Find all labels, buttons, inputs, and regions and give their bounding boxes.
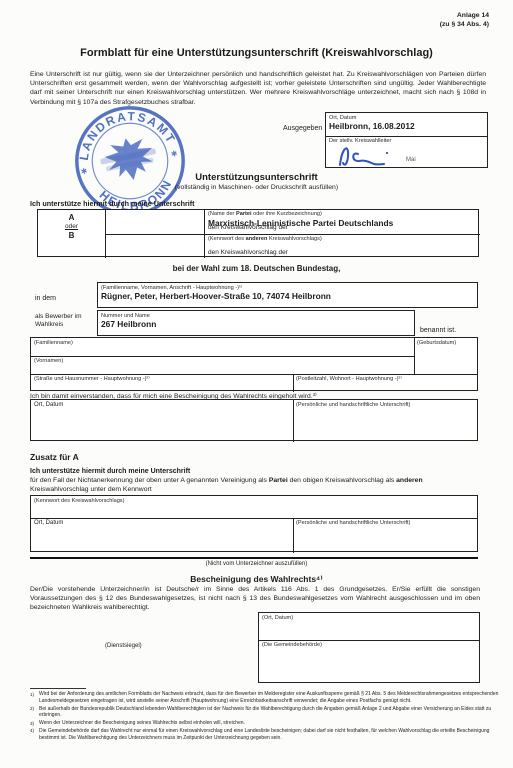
footnote-rule <box>30 688 86 689</box>
footnote-marker: 2) <box>30 706 39 720</box>
place-date-label: Ort, Datum <box>34 402 63 408</box>
seal-label: (Dienstsiegel) <box>105 643 142 649</box>
candidate-name-label: (Familienname, Vornamen, Anschrift - Hau… <box>101 285 242 291</box>
party-name-label-post: oder ihre Kurzbezeichnung) <box>252 211 322 217</box>
scanned-form-page: Anlage 14 (zu § 34 Abs. 4) Formblatt für… <box>0 0 513 768</box>
street-label: (Straße und Hausnummer - Hauptwohnung -)… <box>34 376 150 382</box>
zusatz-text-post: Kreiswahlvorschlag unter dem Kennwort <box>30 486 152 493</box>
footnote-item: 1) Wird bei der Anforderung des amtliche… <box>30 691 500 705</box>
officer-name: Mai <box>406 157 416 163</box>
footnote-item: 3) Wenn der Unterzeichner die Bescheinig… <box>30 720 500 727</box>
table-line <box>293 374 294 392</box>
authority-place-date-label: (Ort, Datum) <box>262 615 293 621</box>
option-or: oder <box>38 223 105 231</box>
footnote-text: Wenn der Unterzeichner die Bescheinigung… <box>39 720 245 727</box>
issued-label: Ausgegeben <box>283 124 322 133</box>
city-label: (Postleitzahl, Wohnort - Hauptwohnung -)… <box>296 376 402 382</box>
annex-reference: Anlage 14 (zu § 34 Abs. 4) <box>440 12 489 30</box>
party-name-label-bold: Partei <box>236 211 252 217</box>
support-lead: Ich unterstütze hiermit durch meine Unte… <box>30 199 195 208</box>
issue-box: Ort, Datum Heilbronn, 16.08.2012 Der ste… <box>325 112 488 168</box>
zusatz-text-pre: für den Fall der Nichtanerkennung der ob… <box>30 477 269 484</box>
footnote-text: Bei außerhalb der Bundesrepublik Deutsch… <box>39 706 500 720</box>
zusatz-heading: Zusatz für A <box>30 452 79 462</box>
authority-label: (Die Gemeindebehörde) <box>262 642 322 648</box>
zusatz-box: (Kennwort des Kreiswahlvorschlags) Ort, … <box>30 495 478 552</box>
district-value: 267 Heilbronn <box>101 320 156 329</box>
handwritten-signature-icon <box>334 141 404 168</box>
party-name-label-pre: (Name der <box>208 211 236 217</box>
not-signer-note: (Nicht vom Unterzeichner auszufüllen) <box>0 561 513 567</box>
zusatz-text-bold-partei: Partei <box>269 477 288 484</box>
certification-heading: Bescheinigung des Wahlrechts⁴⁾ <box>0 574 513 585</box>
footnote-text: Wird bei der Anforderung des amtlichen F… <box>39 691 500 705</box>
election-line: bei der Wahl zum 18. Deutschen Bundestag… <box>0 264 513 273</box>
section-separator <box>30 557 478 559</box>
footnote-item: 4) Die Gemeindebehörde darf das Wahlrech… <box>30 728 500 742</box>
table-line <box>31 356 414 357</box>
zusatz-place-date-label: Ort, Datum <box>34 520 63 526</box>
option-b: B <box>38 231 105 241</box>
benannt-label: benannt ist. <box>420 326 456 335</box>
footnote-marker: 1) <box>30 691 39 705</box>
row-b-label: den Kreiswahlvorschlag der <box>208 249 288 257</box>
footnote-item: 2) Bei außerhalb der Bundesrepublik Deut… <box>30 706 500 720</box>
given-names-label: (Vornamen) <box>34 358 63 364</box>
issue-box-divider <box>326 136 487 137</box>
bewerber-label: als Bewerber im Wahlkreis <box>35 313 93 329</box>
zusatz-text-mid: den obigen Kreiswahlvorschlag als <box>288 477 396 484</box>
candidate-name-value: Rügner, Peter, Herbert-Hoover-Straße 10,… <box>101 292 331 301</box>
table-line <box>293 518 294 553</box>
table-line <box>293 400 294 442</box>
keyword-label-pre: (Kennwort des <box>208 236 246 242</box>
footnote-marker: 4) <box>30 728 39 742</box>
zusatz-keyword-label: (Kennwort des Kreiswahlvorschlags) <box>34 498 124 504</box>
keyword-label-post: Kreiswahlvorschlags) <box>267 236 321 242</box>
issue-place-date-value: Heilbronn, 16.08.2012 <box>329 122 415 131</box>
intro-paragraph: Eine Unterschrift ist nur gültig, wenn s… <box>30 70 486 107</box>
zusatz-text-bold-anderen: anderen <box>396 477 422 484</box>
personal-signature-label: (Persönliche und handschriftliche Unters… <box>296 402 410 408</box>
footnote-text: Die Gemeindebehörde darf das Wahlrecht n… <box>39 728 500 742</box>
footnotes: 1) Wird bei der Anforderung des amtliche… <box>30 691 500 742</box>
stamp-star-right-icon: ✱ <box>170 149 179 159</box>
signature-box-main: Ort, Datum (Persönliche und handschriftl… <box>30 399 478 441</box>
section-subheading: (vollständig in Maschinen- oder Drucksch… <box>0 184 513 191</box>
table-line <box>31 518 477 519</box>
in-dem-label: in dem <box>35 294 56 303</box>
table-line <box>259 640 479 641</box>
option-a-or-b-cell: A oder B <box>38 213 105 241</box>
annex-number: Anlage 14 <box>440 12 489 21</box>
zusatz-signature-label: (Persönliche und handschriftliche Unters… <box>296 520 410 526</box>
annex-paragraph: (zu § 34 Abs. 4) <box>440 21 489 30</box>
form-title: Formblatt für eine Unterstützungsuntersc… <box>0 47 513 59</box>
proposal-table: A oder B den Kreiswahlvorschlag der den … <box>37 209 479 257</box>
district-label: Nummer und Name <box>101 313 150 319</box>
certification-body: Der/Die vorstehende Unterzeichner/in ist… <box>30 585 480 613</box>
authority-box: (Ort, Datum) (Die Gemeindebehörde) <box>258 612 480 683</box>
zusatz-text: für den Fall der Nichtanerkennung der ob… <box>30 476 478 494</box>
party-name-value: Marxistisch-Leninistische Partei Deutsch… <box>208 219 393 228</box>
table-line <box>105 234 480 235</box>
table-line <box>414 338 415 374</box>
table-line <box>31 374 477 375</box>
candidate-name-box: (Familienname, Vornamen, Anschrift - Hau… <box>97 282 478 308</box>
keyword-label-bold: anderen <box>246 236 268 242</box>
signer-table: (Familienname) (Geburtsdatum) (Vornamen)… <box>30 337 478 391</box>
district-box: Nummer und Name 267 Heilbronn <box>97 310 415 336</box>
zusatz-lead: Ich unterstütze hiermit durch meine Unte… <box>30 468 190 475</box>
family-name-label: (Familienname) <box>34 340 73 346</box>
footnote-marker: 3) <box>30 720 39 727</box>
option-a: A <box>38 213 105 223</box>
birth-date-label: (Geburtsdatum) <box>417 340 456 346</box>
section-heading: Unterstützungsunterschrift <box>0 172 513 183</box>
